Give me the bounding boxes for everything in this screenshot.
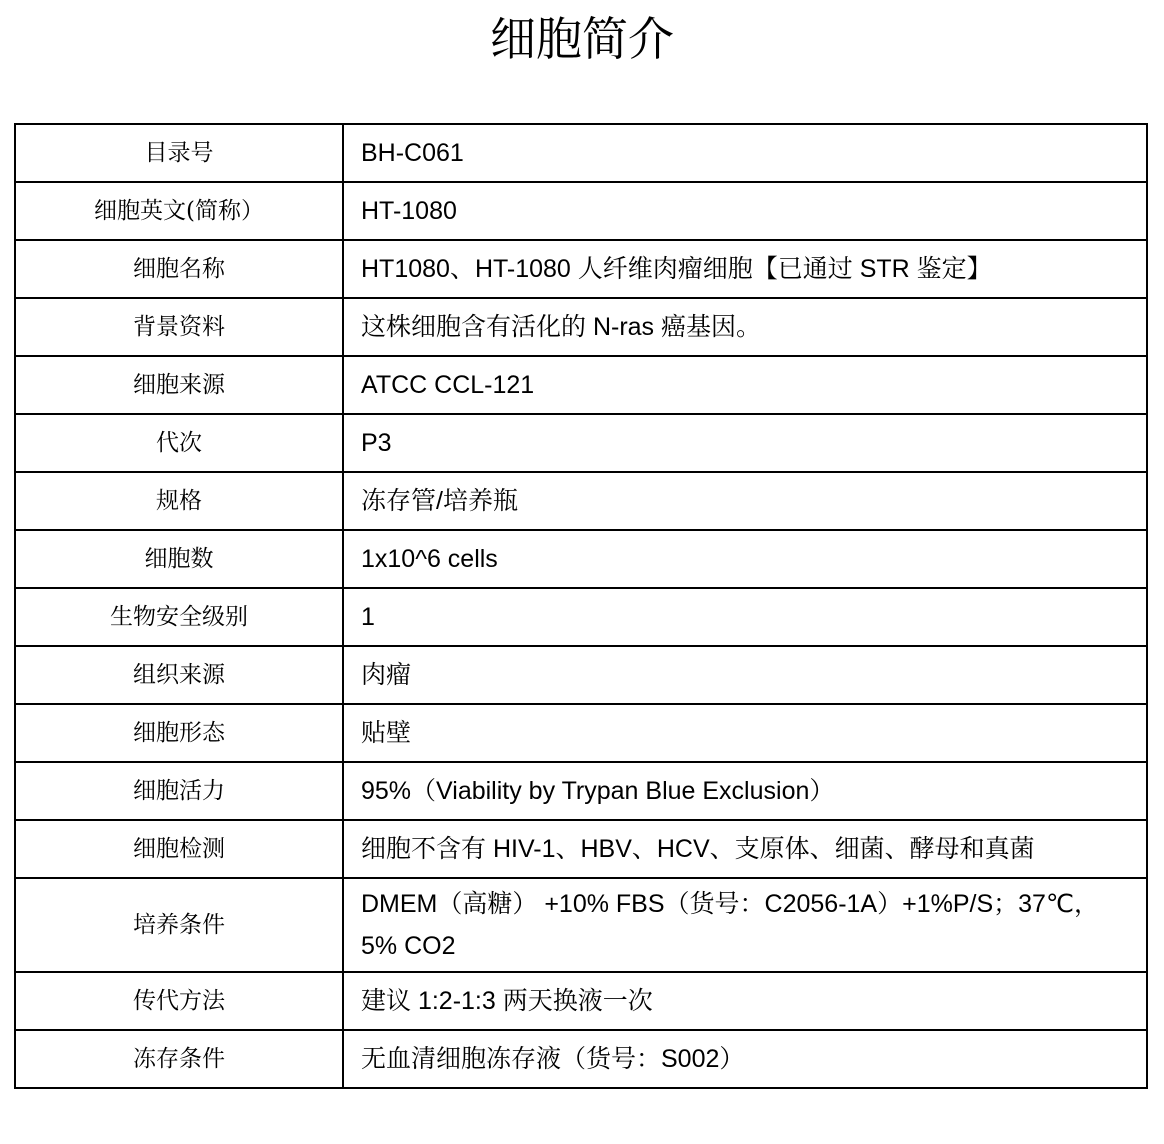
row-value: 无血清细胞冻存液（货号：S002） [343, 1030, 1147, 1088]
row-label: 规格 [15, 472, 343, 530]
row-value: 1x10^6 cells [343, 530, 1147, 588]
row-label: 细胞检测 [15, 820, 343, 878]
table-row: 培养条件 DMEM（高糖） +10% FBS（货号：C2056-1A）+1%P/… [15, 878, 1147, 972]
row-value: 肉瘤 [343, 646, 1147, 704]
document-page: 细胞简介 目录号 BH-C061 细胞英文(简称） HT-1080 细胞名称 H… [0, 0, 1164, 1144]
table-row: 生物安全级别 1 [15, 588, 1147, 646]
row-label: 细胞活力 [15, 762, 343, 820]
row-label: 细胞数 [15, 530, 343, 588]
row-value: 1 [343, 588, 1147, 646]
cell-info-table: 目录号 BH-C061 细胞英文(简称） HT-1080 细胞名称 HT1080… [14, 123, 1148, 1089]
row-label: 细胞英文(简称） [15, 182, 343, 240]
table-row: 背景资料 这株细胞含有活化的 N-ras 癌基因。 [15, 298, 1147, 356]
table-row: 细胞名称 HT1080、HT-1080 人纤维肉瘤细胞【已通过 STR 鉴定】 [15, 240, 1147, 298]
table-row: 传代方法 建议 1:2-1:3 两天换液一次 [15, 972, 1147, 1030]
page-title: 细胞简介 [0, 0, 1164, 64]
row-value: ATCC CCL-121 [343, 356, 1147, 414]
row-value: HT1080、HT-1080 人纤维肉瘤细胞【已通过 STR 鉴定】 [343, 240, 1147, 298]
table-row: 细胞数 1x10^6 cells [15, 530, 1147, 588]
row-value: HT-1080 [343, 182, 1147, 240]
row-value: BH-C061 [343, 124, 1147, 182]
row-label: 细胞形态 [15, 704, 343, 762]
row-value: P3 [343, 414, 1147, 472]
table-row: 细胞活力 95%（Viability by Trypan Blue Exclus… [15, 762, 1147, 820]
table-row: 冻存条件 无血清细胞冻存液（货号：S002） [15, 1030, 1147, 1088]
row-label: 培养条件 [15, 878, 343, 972]
row-value: 95%（Viability by Trypan Blue Exclusion） [343, 762, 1147, 820]
row-value: 建议 1:2-1:3 两天换液一次 [343, 972, 1147, 1030]
row-label: 背景资料 [15, 298, 343, 356]
row-value: DMEM（高糖） +10% FBS（货号：C2056-1A）+1%P/S；37℃… [343, 878, 1147, 972]
table-row: 规格 冻存管/培养瓶 [15, 472, 1147, 530]
table-row: 细胞形态 贴壁 [15, 704, 1147, 762]
row-value: 这株细胞含有活化的 N-ras 癌基因。 [343, 298, 1147, 356]
table-row: 细胞英文(简称） HT-1080 [15, 182, 1147, 240]
table-row: 目录号 BH-C061 [15, 124, 1147, 182]
row-value: 贴壁 [343, 704, 1147, 762]
row-value: 细胞不含有 HIV-1、HBV、HCV、支原体、细菌、酵母和真菌 [343, 820, 1147, 878]
row-label: 细胞名称 [15, 240, 343, 298]
table-row: 细胞来源 ATCC CCL-121 [15, 356, 1147, 414]
row-label: 冻存条件 [15, 1030, 343, 1088]
cell-info-table-body: 目录号 BH-C061 细胞英文(简称） HT-1080 细胞名称 HT1080… [15, 124, 1147, 1088]
row-label: 代次 [15, 414, 343, 472]
row-label: 目录号 [15, 124, 343, 182]
row-label: 组织来源 [15, 646, 343, 704]
row-value: 冻存管/培养瓶 [343, 472, 1147, 530]
table-row: 代次 P3 [15, 414, 1147, 472]
table-row: 组织来源 肉瘤 [15, 646, 1147, 704]
row-label: 生物安全级别 [15, 588, 343, 646]
row-label: 传代方法 [15, 972, 343, 1030]
row-label: 细胞来源 [15, 356, 343, 414]
table-row: 细胞检测 细胞不含有 HIV-1、HBV、HCV、支原体、细菌、酵母和真菌 [15, 820, 1147, 878]
